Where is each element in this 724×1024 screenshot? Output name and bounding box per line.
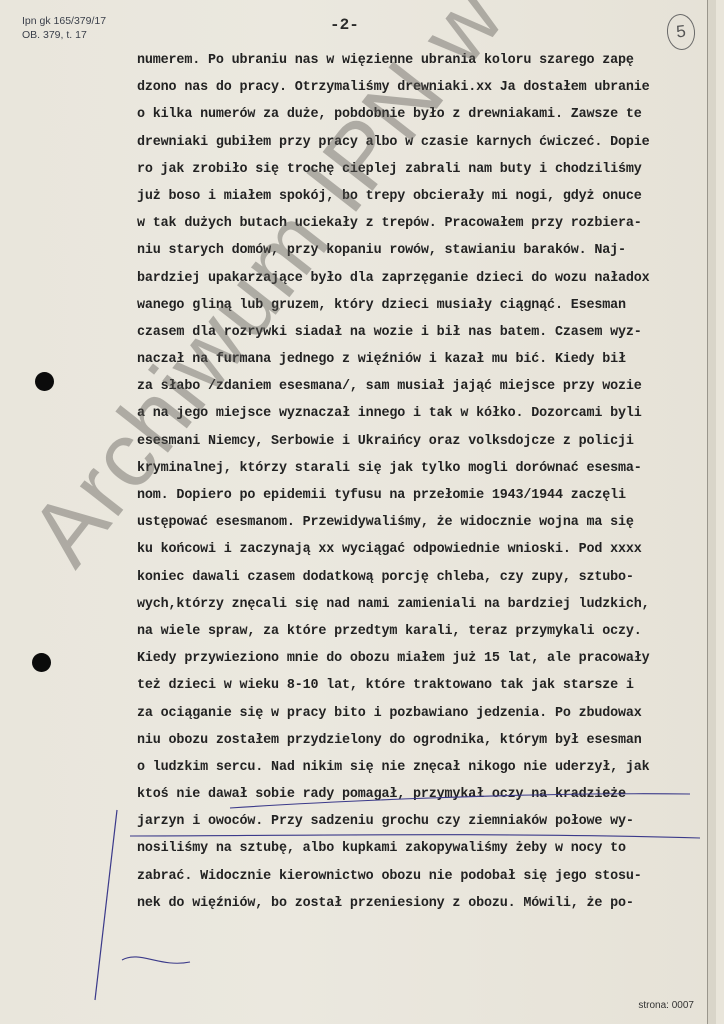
reference-line-2: OB. 379, t. 17	[22, 28, 106, 42]
text-line: nosiliśmy na sztubę, albo kupkami zakopy…	[137, 835, 717, 862]
page-number: -2-	[330, 16, 359, 34]
text-line: o ludzkim sercu. Nad nikim się nie znęca…	[137, 754, 717, 781]
text-line: zabrać. Widocznie kierownictwo obozu nie…	[137, 863, 717, 890]
text-line: za słabo /zdaniem esesmana/, sam musiał …	[137, 373, 717, 400]
text-line: niu starych domów, przy kopaniu rowów, s…	[137, 237, 717, 264]
text-line: nek do więźniów, bo został przeniesiony …	[137, 890, 717, 917]
archive-reference: Ipn gk 165/379/17 OB. 379, t. 17	[22, 14, 106, 42]
text-line: nom. Dopiero po epidemii tyfusu na przeł…	[137, 482, 717, 509]
text-line: już boso i miałem spokój, bo trepy obcie…	[137, 183, 717, 210]
text-line: Kiedy przywieziono mnie do obozu miałem …	[137, 645, 717, 672]
text-line: numerem. Po ubraniu nas w więzienne ubra…	[137, 47, 717, 74]
text-line: też dzieci w wieku 8-10 lat, które trakt…	[137, 672, 717, 699]
punch-hole-icon	[32, 653, 51, 672]
text-line: naczał na furmana jednego z więźniów i k…	[137, 346, 717, 373]
text-line: za ociąganie się w pracy bito i pozbawia…	[137, 700, 717, 727]
handwritten-page-mark: 5	[665, 13, 697, 52]
text-line: ku końcowi i zaczynają xx wyciągać odpow…	[137, 536, 717, 563]
text-line: koniec dawali czasem dodatkową porcję ch…	[137, 564, 717, 591]
text-line: kryminalnej, którzy starali się jak tylk…	[137, 455, 717, 482]
text-line: a na jego miejsce wyznaczał innego i tak…	[137, 400, 717, 427]
text-line: wanego gliną lub gruzem, który dzieci mu…	[137, 292, 717, 319]
text-line: ro jak zrobiło się trochę cieplej zabral…	[137, 156, 717, 183]
text-line: niu obozu zostałem przydzielony do ogrod…	[137, 727, 717, 754]
punch-hole-icon	[35, 372, 54, 391]
document-page: Ipn gk 165/379/17 OB. 379, t. 17 -2- 5 n…	[0, 0, 716, 1024]
margin-line-icon	[95, 810, 117, 1000]
underline-icon	[122, 957, 190, 963]
text-line: drewniaki gubiłem przy pracy albo w czas…	[137, 129, 717, 156]
text-line: w tak dużych butach uciekały z trepów. P…	[137, 210, 717, 237]
text-line: dzono nas do pracy. Otrzymaliśmy drewnia…	[137, 74, 717, 101]
text-line: wych,którzy znęcali się nad nami zamieni…	[137, 591, 717, 618]
text-line: esesmani Niemcy, Serbowie i Ukraińcy ora…	[137, 428, 717, 455]
page-footer: strona: 0007	[638, 1000, 694, 1011]
text-line: o kilka numerów za duże, pobdobnie było …	[137, 101, 717, 128]
text-line: bardziej upakarzające było dla zaprzęgan…	[137, 265, 717, 292]
text-line: ustępować esesmanom. Przewidywaliśmy, że…	[137, 509, 717, 536]
text-line: jarzyn i owoców. Przy sadzeniu grochu cz…	[137, 808, 717, 835]
text-line: ktoś nie dawał sobie rady pomagał, przym…	[137, 781, 717, 808]
text-line: na wiele spraw, za które przedtym karali…	[137, 618, 717, 645]
reference-line-1: Ipn gk 165/379/17	[22, 14, 106, 28]
text-line: czasem dla rozrywki siadał na wozie i bi…	[137, 319, 717, 346]
typewritten-body: numerem. Po ubraniu nas w więzienne ubra…	[137, 47, 717, 917]
